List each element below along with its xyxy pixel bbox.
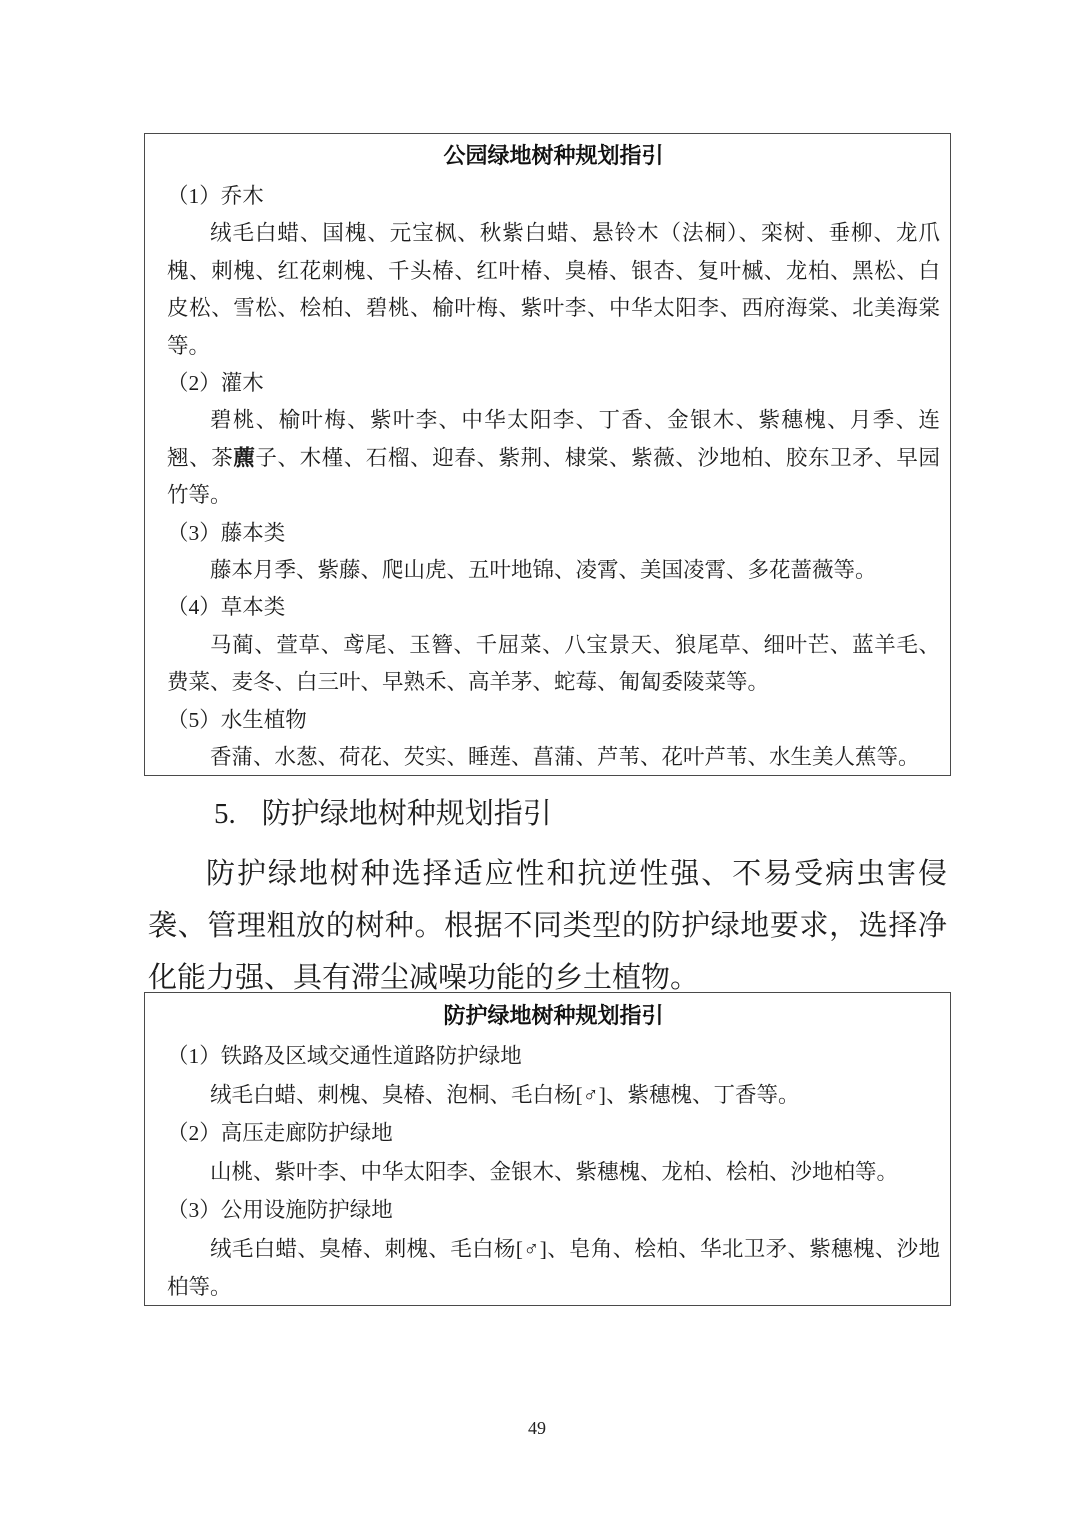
section-5-block: 5.防护绿地树种规划指引 防护绿地树种选择适应性和抗逆性强、不易受病虫害侵袭、管… <box>148 790 947 1004</box>
category-label-utilities: （3）公用设施防护绿地 <box>167 1191 940 1230</box>
park-greenspace-species-table: 公园绿地树种规划指引 （1）乔木 绒毛白蜡、国槐、元宝枫、秋紫白蜡、悬铃木（法桐… <box>144 133 951 776</box>
species-list-aquatic: 香蒲、水葱、荷花、芡实、睡莲、菖蒲、芦苇、花叶芦苇、水生美人蕉等。 <box>167 739 940 776</box>
species-list-herbaceous: 马蔺、萱草、鸢尾、玉簪、千屈菜、八宝景天、狼尾草、细叶芒、蓝羊毛、费菜、麦冬、白… <box>167 627 940 702</box>
document-page: 公园绿地树种规划指引 （1）乔木 绒毛白蜡、国槐、元宝枫、秋紫白蜡、悬铃木（法桐… <box>0 0 1074 1520</box>
species-list-vines: 藤本月季、紫藤、爬山虎、五叶地锦、凌霄、美国凌霄、多花蔷薇等。 <box>167 552 940 589</box>
section-5-number: 5. <box>214 798 236 830</box>
category-label-aquatic: （5）水生植物 <box>167 702 940 739</box>
species-list-shrubs: 碧桃、榆叶梅、紫叶李、中华太阳李、丁香、金银木、紫穗槐、月季、连翘、茶藨子、木槿… <box>167 402 940 514</box>
category-label-trees: （1）乔木 <box>167 178 940 215</box>
category-label-vines: （3）藤本类 <box>167 515 940 552</box>
section-5-heading: 5.防护绿地树种规划指引 <box>148 790 947 838</box>
species-list-highvoltage: 山桃、紫叶李、中华太阳李、金银木、紫穗槐、龙柏、桧柏、沙地柏等。 <box>167 1153 940 1192</box>
category-label-railway: （1）铁路及区域交通性道路防护绿地 <box>167 1037 940 1076</box>
species-list-railway: 绒毛白蜡、刺槐、臭椿、泡桐、毛白杨[♂]、紫穗槐、丁香等。 <box>167 1076 940 1115</box>
protection-greenspace-species-table: 防护绿地树种规划指引 （1）铁路及区域交通性道路防护绿地 绒毛白蜡、刺槐、臭椿、… <box>144 992 951 1306</box>
page-number: 49 <box>0 1418 1074 1439</box>
species-list-trees: 绒毛白蜡、国槐、元宝枫、秋紫白蜡、悬铃木（法桐）、栾树、垂柳、龙爪槐、刺槐、红花… <box>167 215 940 365</box>
protection-table-title: 防护绿地树种规划指引 <box>167 995 940 1037</box>
category-label-highvoltage: （2）高压走廊防护绿地 <box>167 1114 940 1153</box>
shrub-list-bold-character: 藨 <box>233 446 255 471</box>
section-5-title: 防护绿地树种规划指引 <box>262 798 552 830</box>
category-label-herbaceous: （4）草本类 <box>167 589 940 626</box>
category-label-shrubs: （2）灌木 <box>167 365 940 402</box>
park-table-title: 公园绿地树种规划指引 <box>167 134 940 178</box>
section-5-paragraph: 防护绿地树种选择适应性和抗逆性强、不易受病虫害侵袭、管理粗放的树种。根据不同类型… <box>148 848 947 1004</box>
shrub-list-part2: 子、木槿、石榴、迎春、紫荆、棣棠、紫薇、沙地柏、胶东卫矛、早园竹等。 <box>167 446 940 507</box>
species-list-utilities: 绒毛白蜡、臭椿、刺槐、毛白杨[♂]、皂角、桧柏、华北卫矛、紫穗槐、沙地柏等。 <box>167 1230 940 1307</box>
